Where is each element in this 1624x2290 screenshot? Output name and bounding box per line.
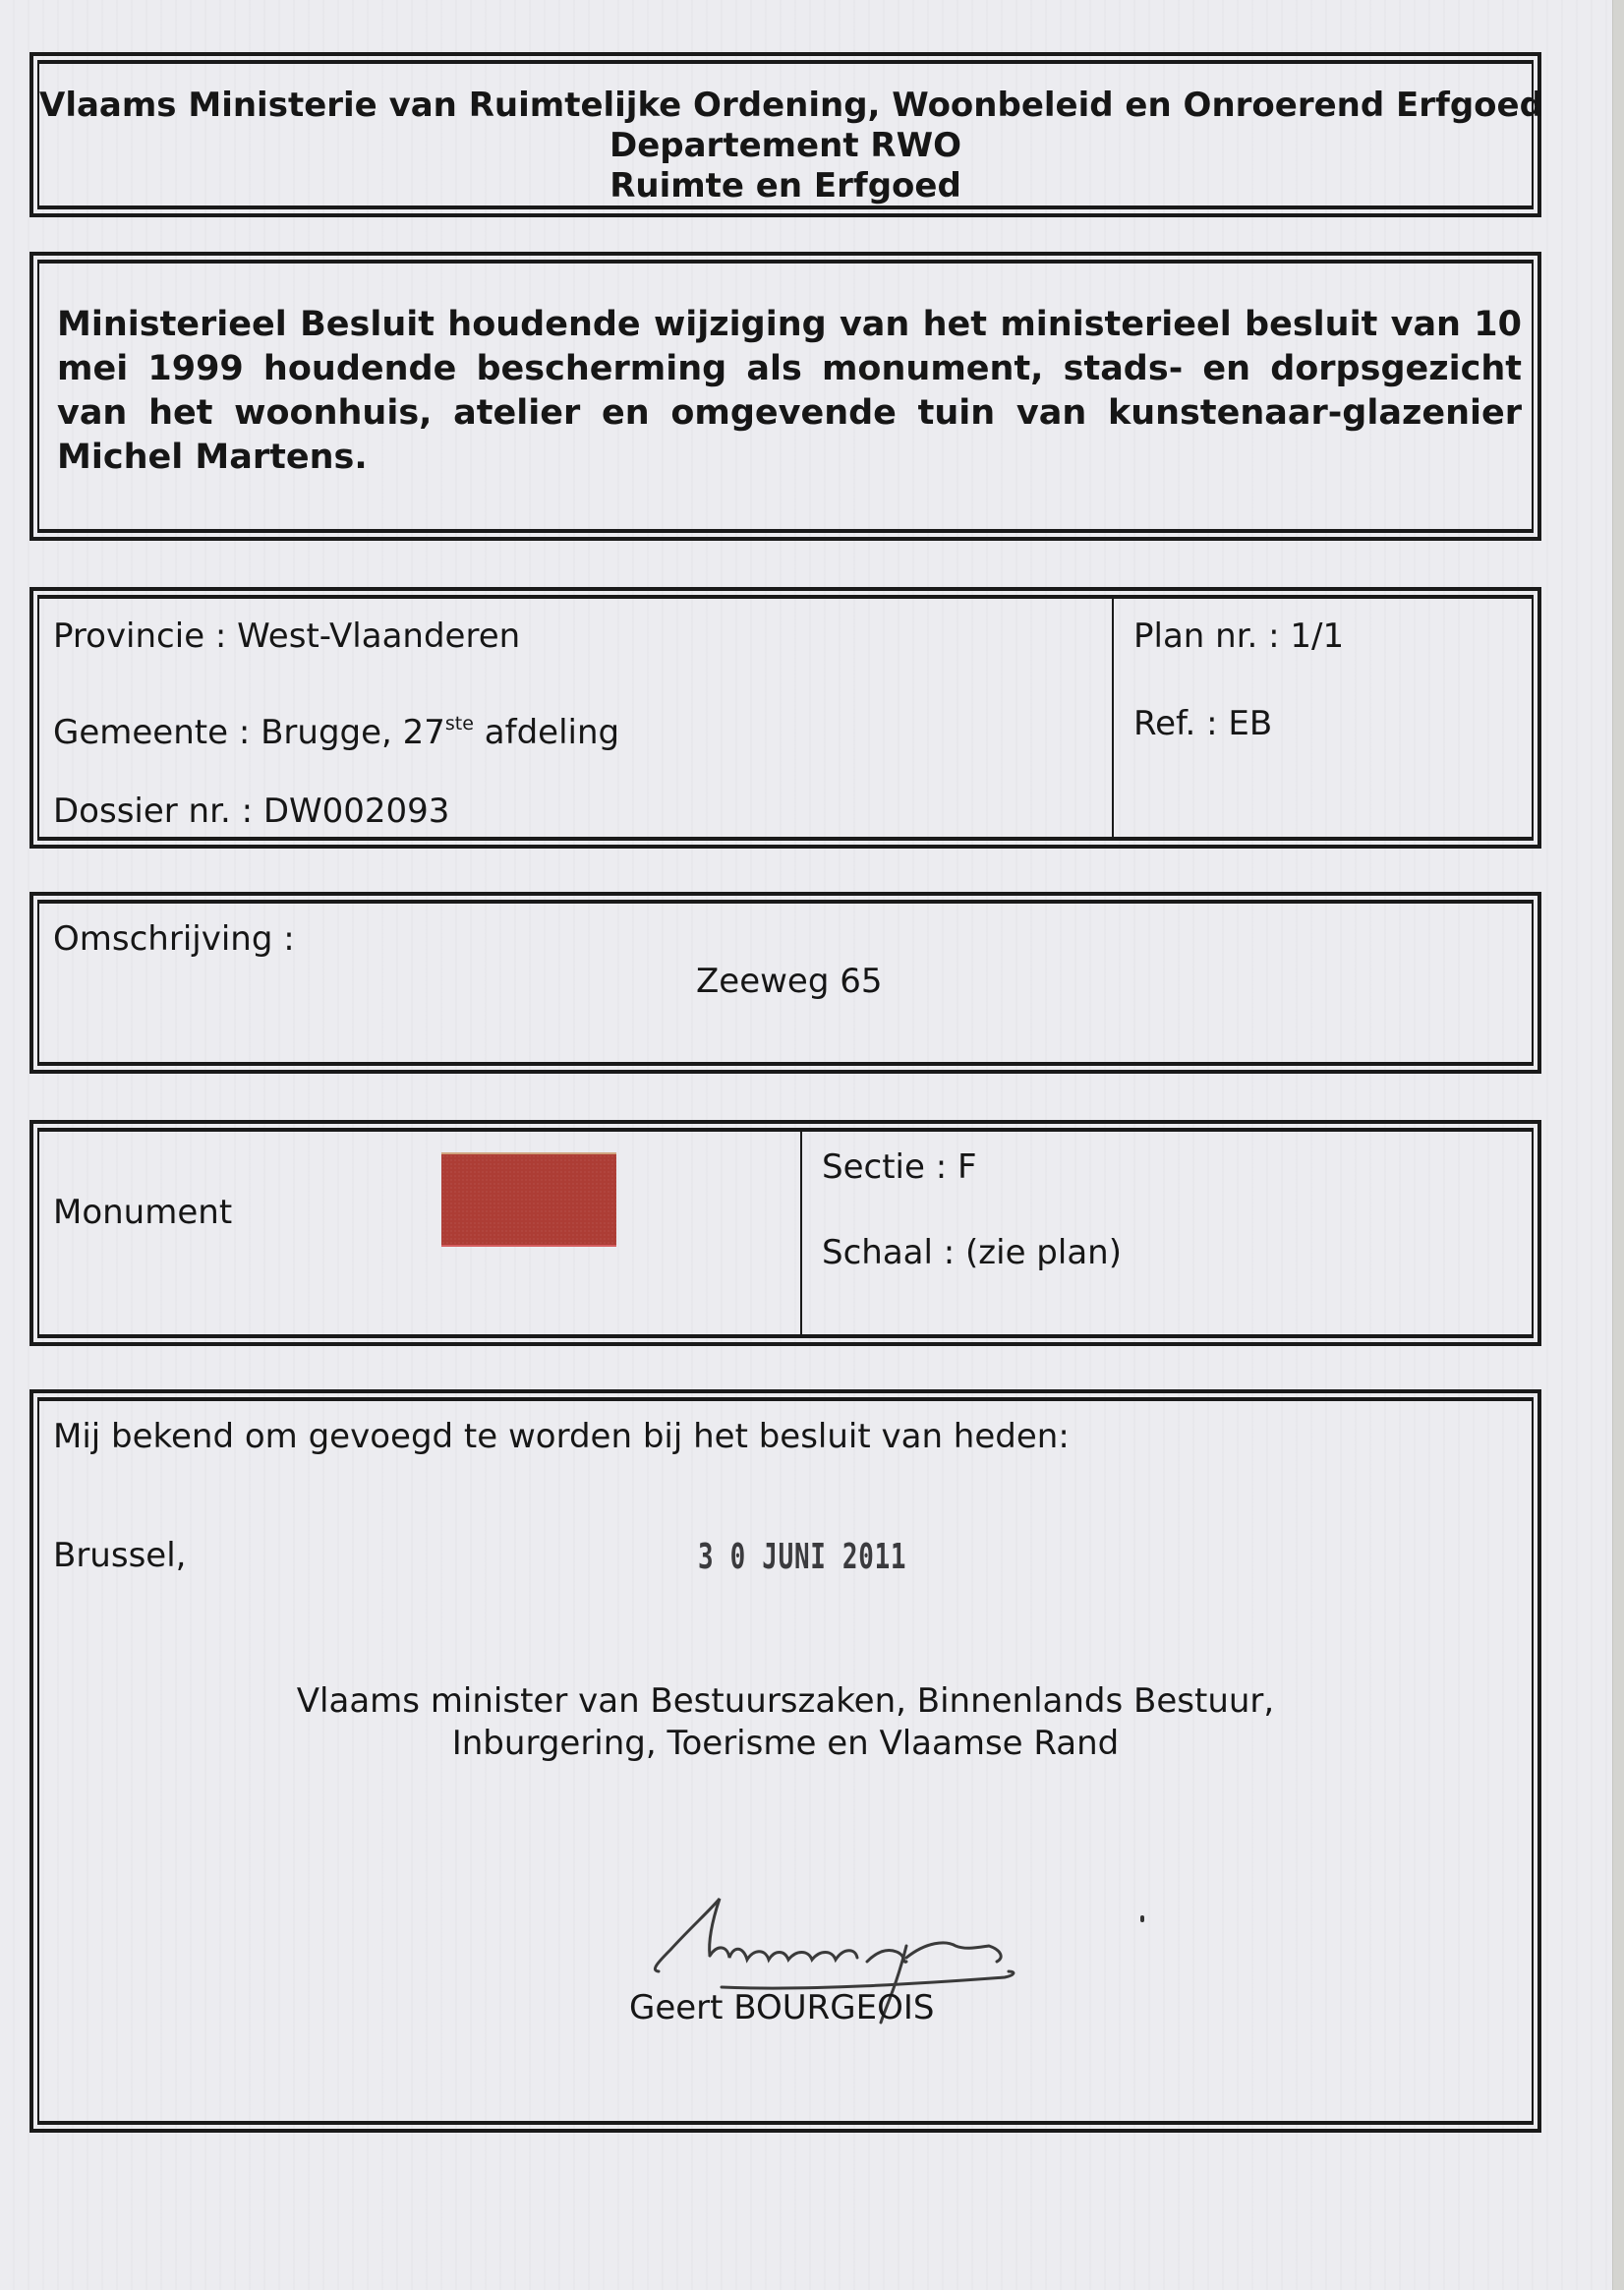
minister-title-line2: Inburgering, Toerisme en Vlaamse Rand [39,1723,1532,1765]
decree-title: Ministerieel Besluit houdende wijziging … [57,303,1522,480]
signature-box: Mij bekend om gevoegd te worden bij het … [29,1389,1541,2133]
date-stamp: 3 0 JUNI 2011 [698,1537,906,1577]
legend-box: Monument Sectie : F Schaal : (zie plan) [29,1120,1541,1346]
scan-edge [1612,0,1624,2290]
approval-statement: Mij bekend om gevoegd te worden bij het … [53,1417,1070,1456]
dossier-field: Dossier nr. : DW002093 [53,792,449,831]
description-box: Omschrijving : Zeeweg 65 [29,892,1541,1074]
decree-title-box: Ministerieel Besluit houdende wijziging … [29,252,1541,541]
header-box: Vlaams Ministerie van Ruimtelijke Ordeni… [29,52,1541,217]
gemeente-ordinal: ste [445,713,474,734]
ministry-name: Vlaams Ministerie van Ruimtelijke Ordeni… [39,86,1532,126]
location-info-box: Provincie : West-Vlaanderen Gemeente : B… [29,587,1541,849]
department-name: Departement RWO [39,126,1532,166]
sectie-field: Sectie : F [822,1147,977,1187]
column-divider [800,1132,802,1334]
gemeente-suffix: afdeling [474,713,619,752]
gemeente-field: Gemeente : Brugge, 27ste afdeling [53,704,619,752]
minister-title-line1: Vlaams minister van Bestuurszaken, Binne… [39,1680,1532,1723]
division-name: Ruimte en Erfgoed [39,166,1532,206]
column-divider [1112,599,1114,837]
minister-title: Vlaams minister van Bestuurszaken, Binne… [39,1680,1532,1765]
gemeente-text: Gemeente : Brugge, 27 [53,713,445,752]
ministry-header: Vlaams Ministerie van Ruimtelijke Ordeni… [39,86,1532,206]
provincie-field: Provincie : West-Vlaanderen [53,617,520,656]
place-label: Brussel, [53,1536,186,1575]
description-label: Omschrijving : [53,919,295,959]
document-page: Vlaams Ministerie van Ruimtelijke Ordeni… [0,0,1612,2290]
schaal-field: Schaal : (zie plan) [822,1233,1122,1272]
ink-dot [1140,1915,1144,1922]
plan-number-field: Plan nr. : 1/1 [1133,617,1344,656]
legend-label-monument: Monument [53,1193,232,1232]
reference-field: Ref. : EB [1133,704,1272,743]
signer-name: Geert BOURGEOIS [629,1988,935,2027]
monument-color-swatch [441,1152,616,1247]
address-value: Zeeweg 65 [696,962,883,1001]
